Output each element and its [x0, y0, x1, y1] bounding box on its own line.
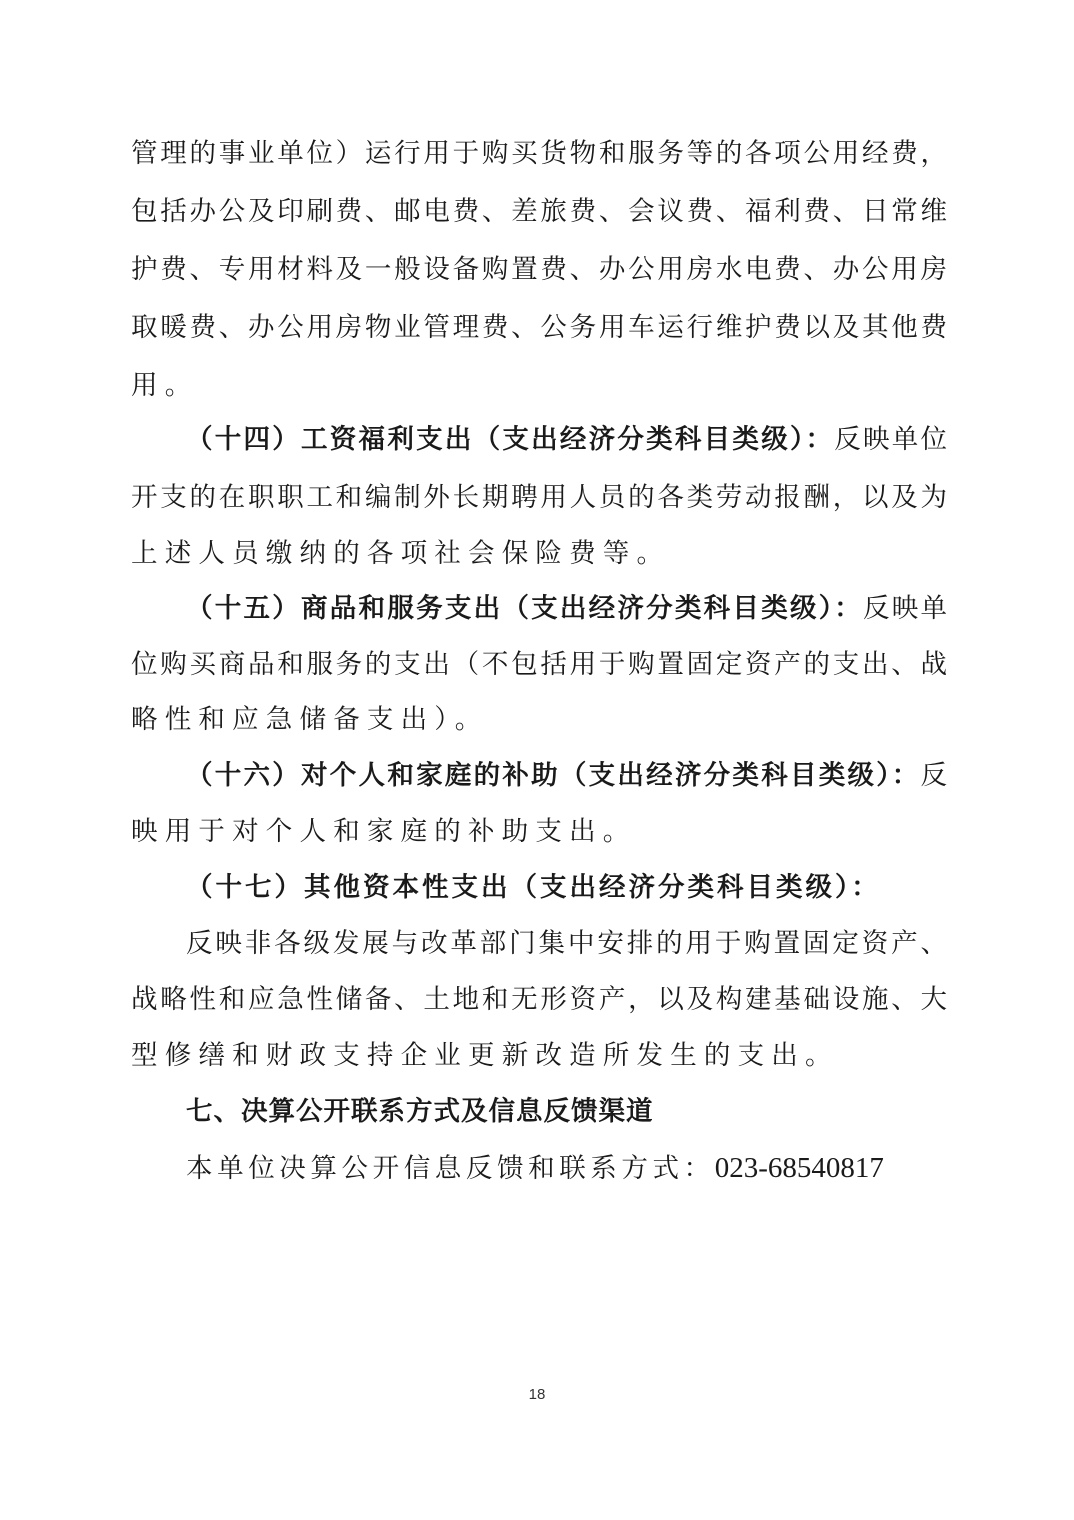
paragraph-line: 开支的在职职工和编制外长期聘用人员的各类劳动报酬，以及为	[131, 483, 947, 513]
paragraph-line: 用。	[131, 371, 947, 401]
paragraph-line: 型修缮和财政支持企业更新改造所发生的支出。	[131, 1041, 947, 1071]
item-16-title: （十六）对个人和家庭的补助（支出经济分类科目类级）：	[186, 760, 921, 791]
contact-phone: 023-68540817	[715, 1152, 884, 1184]
paragraph-line: 管理的事业单位）运行用于购买货物和服务等的各项公用经费，	[131, 139, 947, 169]
section-7-heading: 七、决算公开联系方式及信息反馈渠道	[186, 1097, 1002, 1127]
item-14-text: 反映单位	[834, 424, 947, 455]
document-page: 管理的事业单位）运行用于购买货物和服务等的各项公用经费， 包括办公及印刷费、邮电…	[0, 0, 1074, 1520]
paragraph-line: 映用于对个人和家庭的补助支出。	[131, 817, 947, 847]
paragraph-line: 反映非各级发展与改革部门集中安排的用于购置固定资产、	[186, 929, 947, 959]
item-15-first-line: （十五）商品和服务支出（支出经济分类科目类级）：反映单	[186, 594, 947, 624]
paragraph-line: 战略性和应急性储备、土地和无形资产，以及构建基础设施、大	[131, 985, 947, 1015]
item-14-title: （十四）工资福利支出（支出经济分类科目类级）：	[186, 424, 834, 455]
paragraph-line: 取暖费、办公用房物业管理费、公务用车运行维护费以及其他费	[131, 313, 947, 343]
paragraph-line: 上述人员缴纳的各项社会保险费等。	[131, 539, 947, 569]
item-17-title: （十七）其他资本性支出（支出经济分类科目类级）：	[186, 873, 1002, 903]
page-number: 18	[0, 1386, 1074, 1403]
paragraph-line: 略性和应急储备支出）。	[131, 705, 947, 735]
paragraph-line: 护费、专用材料及一般设备购置费、办公用房水电费、办公用房	[131, 255, 947, 285]
item-15-text: 反映单	[863, 593, 947, 624]
contact-label: 本单位决算公开信息反馈和联系方式：	[186, 1153, 715, 1184]
paragraph-line: 位购买商品和服务的支出（不包括用于购置固定资产的支出、战	[131, 650, 947, 680]
paragraph-line: 包括办公及印刷费、邮电费、差旅费、会议费、福利费、日常维	[131, 197, 947, 227]
item-14-first-line: （十四）工资福利支出（支出经济分类科目类级）：反映单位	[186, 425, 947, 455]
item-16-text: 反	[921, 760, 948, 791]
item-16-first-line: （十六）对个人和家庭的补助（支出经济分类科目类级）：反	[186, 761, 947, 791]
item-15-title: （十五）商品和服务支出（支出经济分类科目类级）：	[186, 593, 863, 624]
contact-line: 本单位决算公开信息反馈和联系方式：023-68540817	[186, 1153, 1002, 1184]
